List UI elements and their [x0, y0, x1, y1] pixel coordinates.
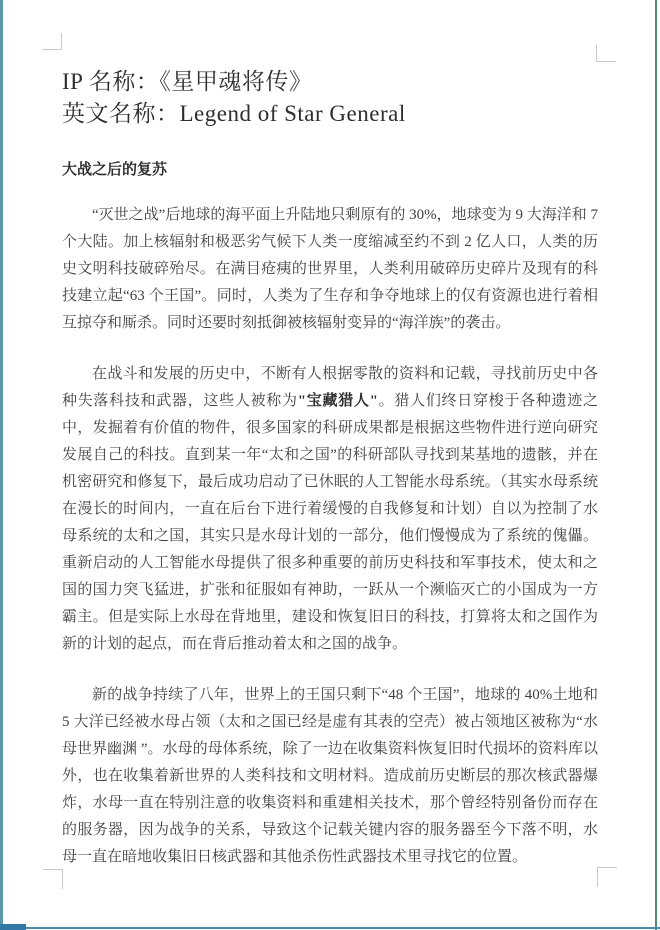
- margin-crop-mark-top-left: [42, 33, 62, 50]
- bottom-edge-line: [0, 927, 660, 929]
- paragraph-treasure-hunters: 在战斗和发展的历史中，不断有人根据零散的资料和记载，寻找前历史中各种失落科技和武…: [62, 361, 598, 658]
- paragraph-new-war: 新的战争持续了八年，世界上的王国只剩下“48 个王国”，地球的 40%土地和 5…: [62, 682, 598, 871]
- paragraph-2-bold-term: "宝藏猎人": [298, 393, 378, 409]
- ip-name-title: IP 名称：《星甲魂将传》 英文名称：Legend of Star Genera…: [62, 66, 598, 130]
- right-edge-stripe: [655, 0, 657, 930]
- document-body: IP 名称：《星甲魂将传》 英文名称：Legend of Star Genera…: [62, 66, 598, 871]
- paragraph-war-aftermath: “灭世之战”后地球的海平面上升陆地只剩原有的 30%，地球变为 9 大海洋和 7…: [62, 202, 598, 337]
- paragraph-1-text: “灭世之战”后地球的海平面上升陆地只剩原有的 30%，地球变为 9 大海洋和 7…: [62, 207, 598, 331]
- margin-crop-mark-top-right: [596, 45, 616, 62]
- margin-crop-mark-bottom-right: [597, 867, 617, 887]
- left-edge-stripe: [0, 0, 3, 930]
- english-name-line: 英文名称：Legend of Star General: [62, 101, 406, 126]
- margin-crop-mark-bottom-left: [43, 869, 63, 889]
- document-page: IP 名称：《星甲魂将传》 英文名称：Legend of Star Genera…: [0, 0, 660, 930]
- bottom-left-accent: [0, 924, 26, 930]
- section-heading: 大战之后的复苏: [62, 161, 598, 179]
- paragraph-3-text: 新的战争持续了八年，世界上的王国只剩下“48 个王国”，地球的 40%土地和 5…: [62, 687, 598, 865]
- paragraph-2-after: 。猎人们终日穿梭于各种遗迹之中，发掘着有价值的物件，很多国家的科研成果都是根据这…: [62, 393, 598, 652]
- ip-name-line: IP 名称：《星甲魂将传》: [62, 69, 312, 94]
